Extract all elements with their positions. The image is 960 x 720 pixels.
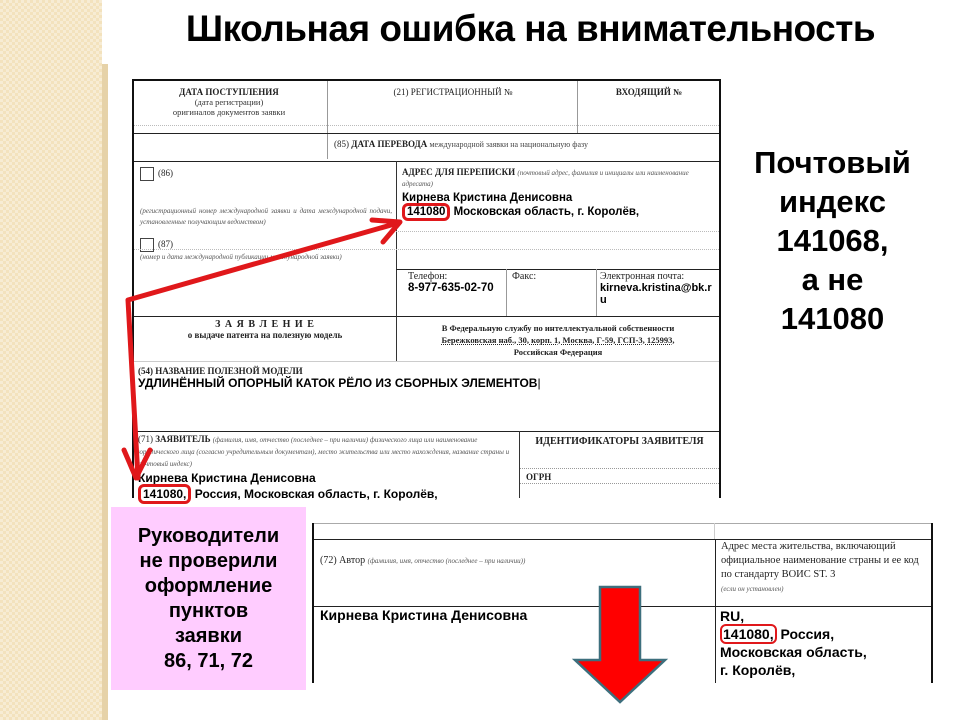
utility-model-title-label: (54) НАЗВАНИЕ ПОЛЕЗНОЙ МОДЕЛИ: [138, 366, 718, 376]
author-address-header: Адрес места жительства, включающий офици…: [721, 540, 921, 596]
applicant-name: Кирнева Кристина Денисовна: [138, 471, 518, 485]
decorative-side-shadow: [102, 64, 108, 720]
author-section-scan: (72) Автор (фамилия, имя, отчество (посл…: [312, 523, 933, 683]
statement-title: З А Я В Л Е Н И Е: [134, 319, 396, 330]
receipt-date-title: ДАТА ПОСТУПЛЕНИЯ: [134, 87, 324, 97]
correspondence-name: Кирнева Кристина Денисовна: [402, 192, 714, 204]
applicant-address-line: 141080, Россия, Московская область, г. К…: [138, 487, 518, 501]
phone-field: Телефон: 8-977-635-02-70: [408, 271, 506, 294]
receipt-date-cell: ДАТА ПОСТУПЛЕНИЯ (дата регистрации) ориг…: [134, 87, 324, 117]
email-field: Электронная почта: kirneva.kristina@bk.r…: [600, 271, 718, 306]
field-86: (86): [140, 167, 390, 181]
field-87-hint: (номер и дата международной публикации м…: [140, 252, 392, 262]
receipt-date-sub1: (дата регистрации): [134, 97, 324, 107]
decorative-side-stripe: [0, 0, 102, 720]
translation-date-label: ДАТА ПЕРЕВОДА: [351, 139, 427, 149]
postcode-correction-note: Почтовый индекс 141068, а не 141080: [730, 143, 935, 338]
utility-model-title-field: (54) НАЗВАНИЕ ПОЛЕЗНОЙ МОДЕЛИ УДЛИНЁННЫЙ…: [138, 366, 718, 390]
phone-value: 8-977-635-02-70: [408, 282, 506, 294]
slide-title: Школьная ошибка на внимательность: [108, 8, 953, 50]
field-86-checkbox[interactable]: [140, 167, 154, 181]
correspondence-address-line: 141080 Московская область, г. Королёв,: [402, 206, 714, 218]
ogrn-field: ОГРН: [520, 468, 719, 484]
applicant-identifiers-title: ИДЕНТИФИКАТОРЫ ЗАЯВИТЕЛЯ: [520, 436, 719, 448]
fax-field: Факс:: [512, 271, 592, 282]
registration-number-label: (21) РЕГИСТРАЦИОННЫЙ №: [329, 87, 577, 97]
recipient-address: В Федеральную службу по интеллектуальной…: [398, 322, 718, 358]
correspondence-label: АДРЕС ДЛЯ ПЕРЕПИСКИ: [402, 167, 515, 177]
correspondence-address: АДРЕС ДЛЯ ПЕРЕПИСКИ (почтовый адрес, фам…: [402, 167, 714, 218]
supervisors-note-box: Руководители не проверили оформление пун…: [111, 507, 306, 690]
field-86-hint: (регистрационный номер международной зая…: [140, 206, 392, 228]
incoming-number-label: ВХОДЯЩИЙ №: [579, 87, 719, 97]
author-name: Кирнева Кристина Денисовна: [320, 607, 710, 623]
utility-model-title-value: УДЛИНЁННЫЙ ОПОРНЫЙ КАТОК РЁЛО ИЗ СБОРНЫХ…: [138, 376, 718, 390]
statement-block: З А Я В Л Е Н И Е о выдаче патента на по…: [134, 319, 396, 340]
email-value: kirneva.kristina@bk.ru: [600, 282, 718, 306]
author-address: RU, 141080, Россия, Московская область, …: [720, 607, 930, 679]
author-label-field: (72) Автор (фамилия, имя, отчество (посл…: [320, 555, 710, 566]
statement-subtitle: о выдаче патента на полезную модель: [134, 330, 396, 340]
wrong-postcode-highlight: 141080: [402, 203, 450, 221]
application-form-scan: ДАТА ПОСТУПЛЕНИЯ (дата регистрации) ориг…: [132, 79, 721, 498]
receipt-date-sub2: оригиналов документов заявки: [134, 107, 324, 117]
translation-date-field: (85) ДАТА ПЕРЕВОДА международной заявки …: [334, 139, 714, 149]
wrong-postcode-highlight: 141080,: [138, 484, 191, 504]
wrong-postcode-highlight: 141080,: [720, 624, 777, 644]
author-label: Автор: [339, 555, 365, 566]
applicant-label: ЗАЯВИТЕЛЬ: [155, 434, 210, 444]
applicant-field: (71) ЗАЯВИТЕЛЬ (фамилия, имя, отчество (…: [138, 434, 518, 501]
